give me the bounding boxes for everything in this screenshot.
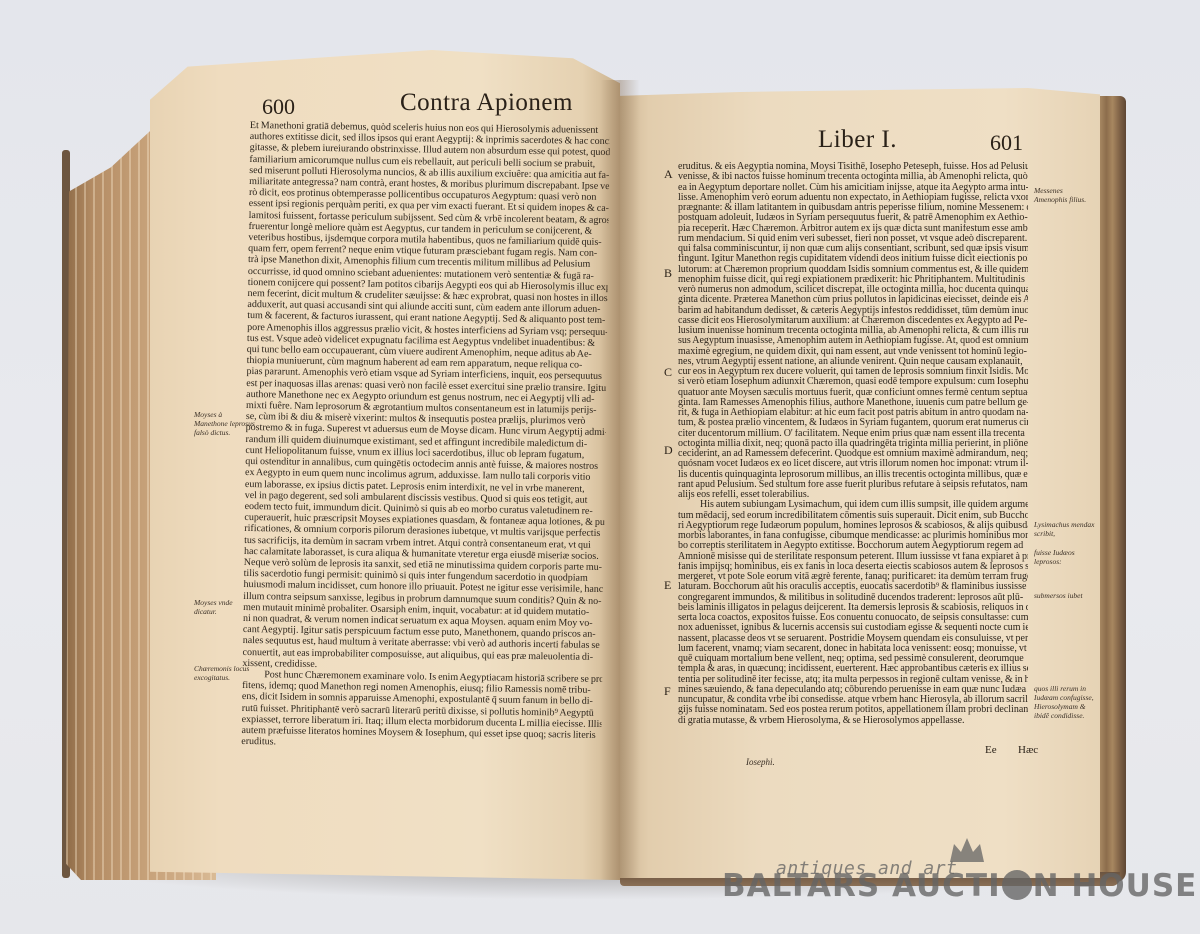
text-line: pia receperit. Hæc Chæremon. Arbitror au… (678, 224, 1028, 234)
text-line: verò numerus non admodum, scilicet discr… (678, 285, 1028, 295)
section-letter: A (664, 167, 673, 182)
right-page-text: eruditus. & eis Aegyptia nomina, Moysi T… (678, 162, 1028, 726)
text-line: ea in Aegyptum deportare nollet. Cùm his… (678, 183, 1028, 193)
text-line: lisse. Amenophim verò eorum aduentu non … (678, 193, 1028, 203)
text-line: octoginta millia dixit, neq; quonā pacto… (678, 439, 1028, 449)
text-line: beis laminis illigatos in pelagus deijce… (678, 603, 1028, 613)
section-letter: F (664, 684, 671, 699)
text-line: fanis impijsq; hominibus, eis ex fanis i… (678, 562, 1028, 572)
signature-note: Iosephi. (746, 757, 775, 767)
section-letter: C (664, 365, 672, 380)
margin-note: Moyses vnde dicatur. (194, 598, 256, 616)
text-line: Amnionē misisse qui de sterilitate respo… (678, 552, 1028, 562)
text-line: rum mendacium. Si quid enim veri subesse… (678, 234, 1028, 244)
signature-mark: Ee (985, 744, 997, 756)
right-running-title: Liber I. (818, 126, 897, 154)
text-line: mines sæuiendo, & fana depeculando atq; … (678, 685, 1028, 695)
crown-icon (948, 836, 986, 864)
text-line: ginta. Iam Ramesses Amenophis filius, au… (678, 398, 1028, 408)
text-line: rit, & fuga in Aethiopiam elabitur: at h… (678, 408, 1028, 418)
text-line: nassent, placasse deos vt se seruarent. … (678, 634, 1028, 644)
left-page-number: 600 (262, 94, 295, 120)
section-letter: B (664, 266, 672, 281)
text-line: casse dicit eos Hierosolymitarum auxiliu… (678, 316, 1028, 326)
text-line: alijs eos refelli, esset tolerabilius. (678, 490, 1028, 500)
text-line: postquam adoleuit, Iudæos in Syriam pers… (678, 213, 1028, 223)
text-line: venisse, & ibi nactos fuisse hominum tre… (678, 172, 1028, 182)
text-line: sus Aegyptum inuasisse, Amenophim autem … (678, 336, 1028, 346)
text-line: tum mēdacij, sed eorum incredibilitatem … (678, 511, 1028, 521)
catchword: Hæc (1018, 744, 1038, 756)
text-line: quósnam vocet Iudæos ex eo licet discere… (678, 459, 1028, 469)
text-line: citer ducentorum millium. O' facilitatem… (678, 429, 1028, 439)
text-line: ceciderint, an ad Ramessem defecerint. Q… (678, 449, 1028, 459)
text-line: quatuor ante Moysen sæculis mortuus fuer… (678, 388, 1028, 398)
right-cover-edge (1096, 96, 1126, 882)
text-line: tentia per solitudinē iter fecisse, atq;… (678, 675, 1028, 685)
left-page-text: Et Manethoni gratiā debemus, quòd sceler… (241, 120, 610, 752)
text-line: barim ad habitandum dedisset, & cæteris … (678, 306, 1028, 316)
margin-note: submersos iubet (1034, 591, 1096, 600)
margin-note: Moyses à Manethone leprosus falsò dictus… (194, 410, 256, 437)
text-line: ginta dicente. Præterea Manethon cùm pri… (678, 295, 1028, 305)
text-line: lum facerent, vnamq; viam secarent, done… (678, 644, 1028, 654)
right-page-number: 601 (990, 130, 1023, 156)
text-line: eruditus. & eis Aegyptia nomina, Moysi T… (678, 162, 1028, 172)
text-line: rant apud Pelusium. Sed stultum fore ass… (678, 480, 1028, 490)
margin-note: quos illi rerum in Iudæam confugisse, Hi… (1034, 684, 1096, 720)
margin-note: Lysimachus mendax scribit, (1034, 520, 1096, 538)
section-letter: E (664, 578, 671, 593)
margin-note: fuisse Iudæos leprosos: (1034, 548, 1096, 566)
text-line: lis ducentis quinquaginta leprosorum mil… (678, 470, 1028, 480)
margin-note: Messenes Amenophis filius. (1034, 186, 1096, 204)
text-line: morbis laborantes, in fana confugisse, c… (678, 531, 1028, 541)
text-line: qui falsa comminiscuntur, ij non quæ cum… (678, 244, 1028, 254)
margin-note: Chæremonis locus excogitatus. (194, 664, 256, 682)
text-line: tum, & postea prælio vincentem, & Iudæos… (678, 418, 1028, 428)
text-line: congregarent immundos, & militibus in so… (678, 593, 1028, 603)
text-line: maximè egregium, ne quidem dixit, qui na… (678, 347, 1028, 357)
text-line: templa & aras, in quæcunq; incidissent, … (678, 664, 1028, 674)
text-line: ri Aegyptiorum rege Iudæorum populum, ho… (678, 521, 1028, 531)
watermark-name-start: BALTARS AUCTI (722, 868, 1001, 904)
watermark-name: BALTARS AUCTIN HOUSE (722, 868, 1197, 904)
watermark-name-end: N HOUSE (1033, 868, 1198, 904)
text-line: menophim fuisse dicit, qui regi expiatio… (678, 275, 1028, 285)
text-line: His autem subiungam Lysimachum, qui idem… (678, 500, 1028, 510)
text-line: mergeret, vt pote Sole eorum vitā ægrè f… (678, 572, 1028, 582)
section-letter: D (664, 443, 673, 458)
text-line: lusium inuenisse hominum trecenta octogi… (678, 326, 1028, 336)
text-line: cur eos in Aegyptum rex ducere voluerit,… (678, 367, 1028, 377)
text-line: laturam. Bocchorum aūt his oraculis acce… (678, 582, 1028, 592)
text-line: prægnante: & illam latitantem in quibusd… (678, 203, 1028, 213)
text-line: serta loca coactos, expositos fuisse. Eo… (678, 613, 1028, 623)
text-line: gijs fuisse nominatam. Sed eos postea re… (678, 705, 1028, 715)
text-line: lutorum: at Chæremon proprium quoddam Is… (678, 265, 1028, 275)
text-line: nes, vtrum Aegyptij essent natione, an a… (678, 357, 1028, 367)
left-running-title: Contra Apionem (400, 89, 573, 117)
text-line: nuncupatur, & condita vrbe ibi consediss… (678, 695, 1028, 705)
text-line: quē cuiquam mortalium bene vellent, neq;… (678, 654, 1028, 664)
book-photo: 600 Contra Apionem Et Manethoni gratiā d… (0, 0, 1200, 934)
text-line: fingunt. Igitur Manethon regis cupiditat… (678, 254, 1028, 264)
text-line: bo correptis sterilitatem in Aegypto ext… (678, 541, 1028, 551)
text-line: nox aduenisset, ignibus & lucernis accen… (678, 623, 1028, 633)
watermark-o-circle (1002, 870, 1032, 900)
text-line: di gratia mutasse, & vrbem Hierosolyma, … (678, 716, 1028, 726)
text-line: si verò etiam Iosephum adiunxit Chæremon… (678, 377, 1028, 387)
gutter-shadow (600, 80, 640, 880)
